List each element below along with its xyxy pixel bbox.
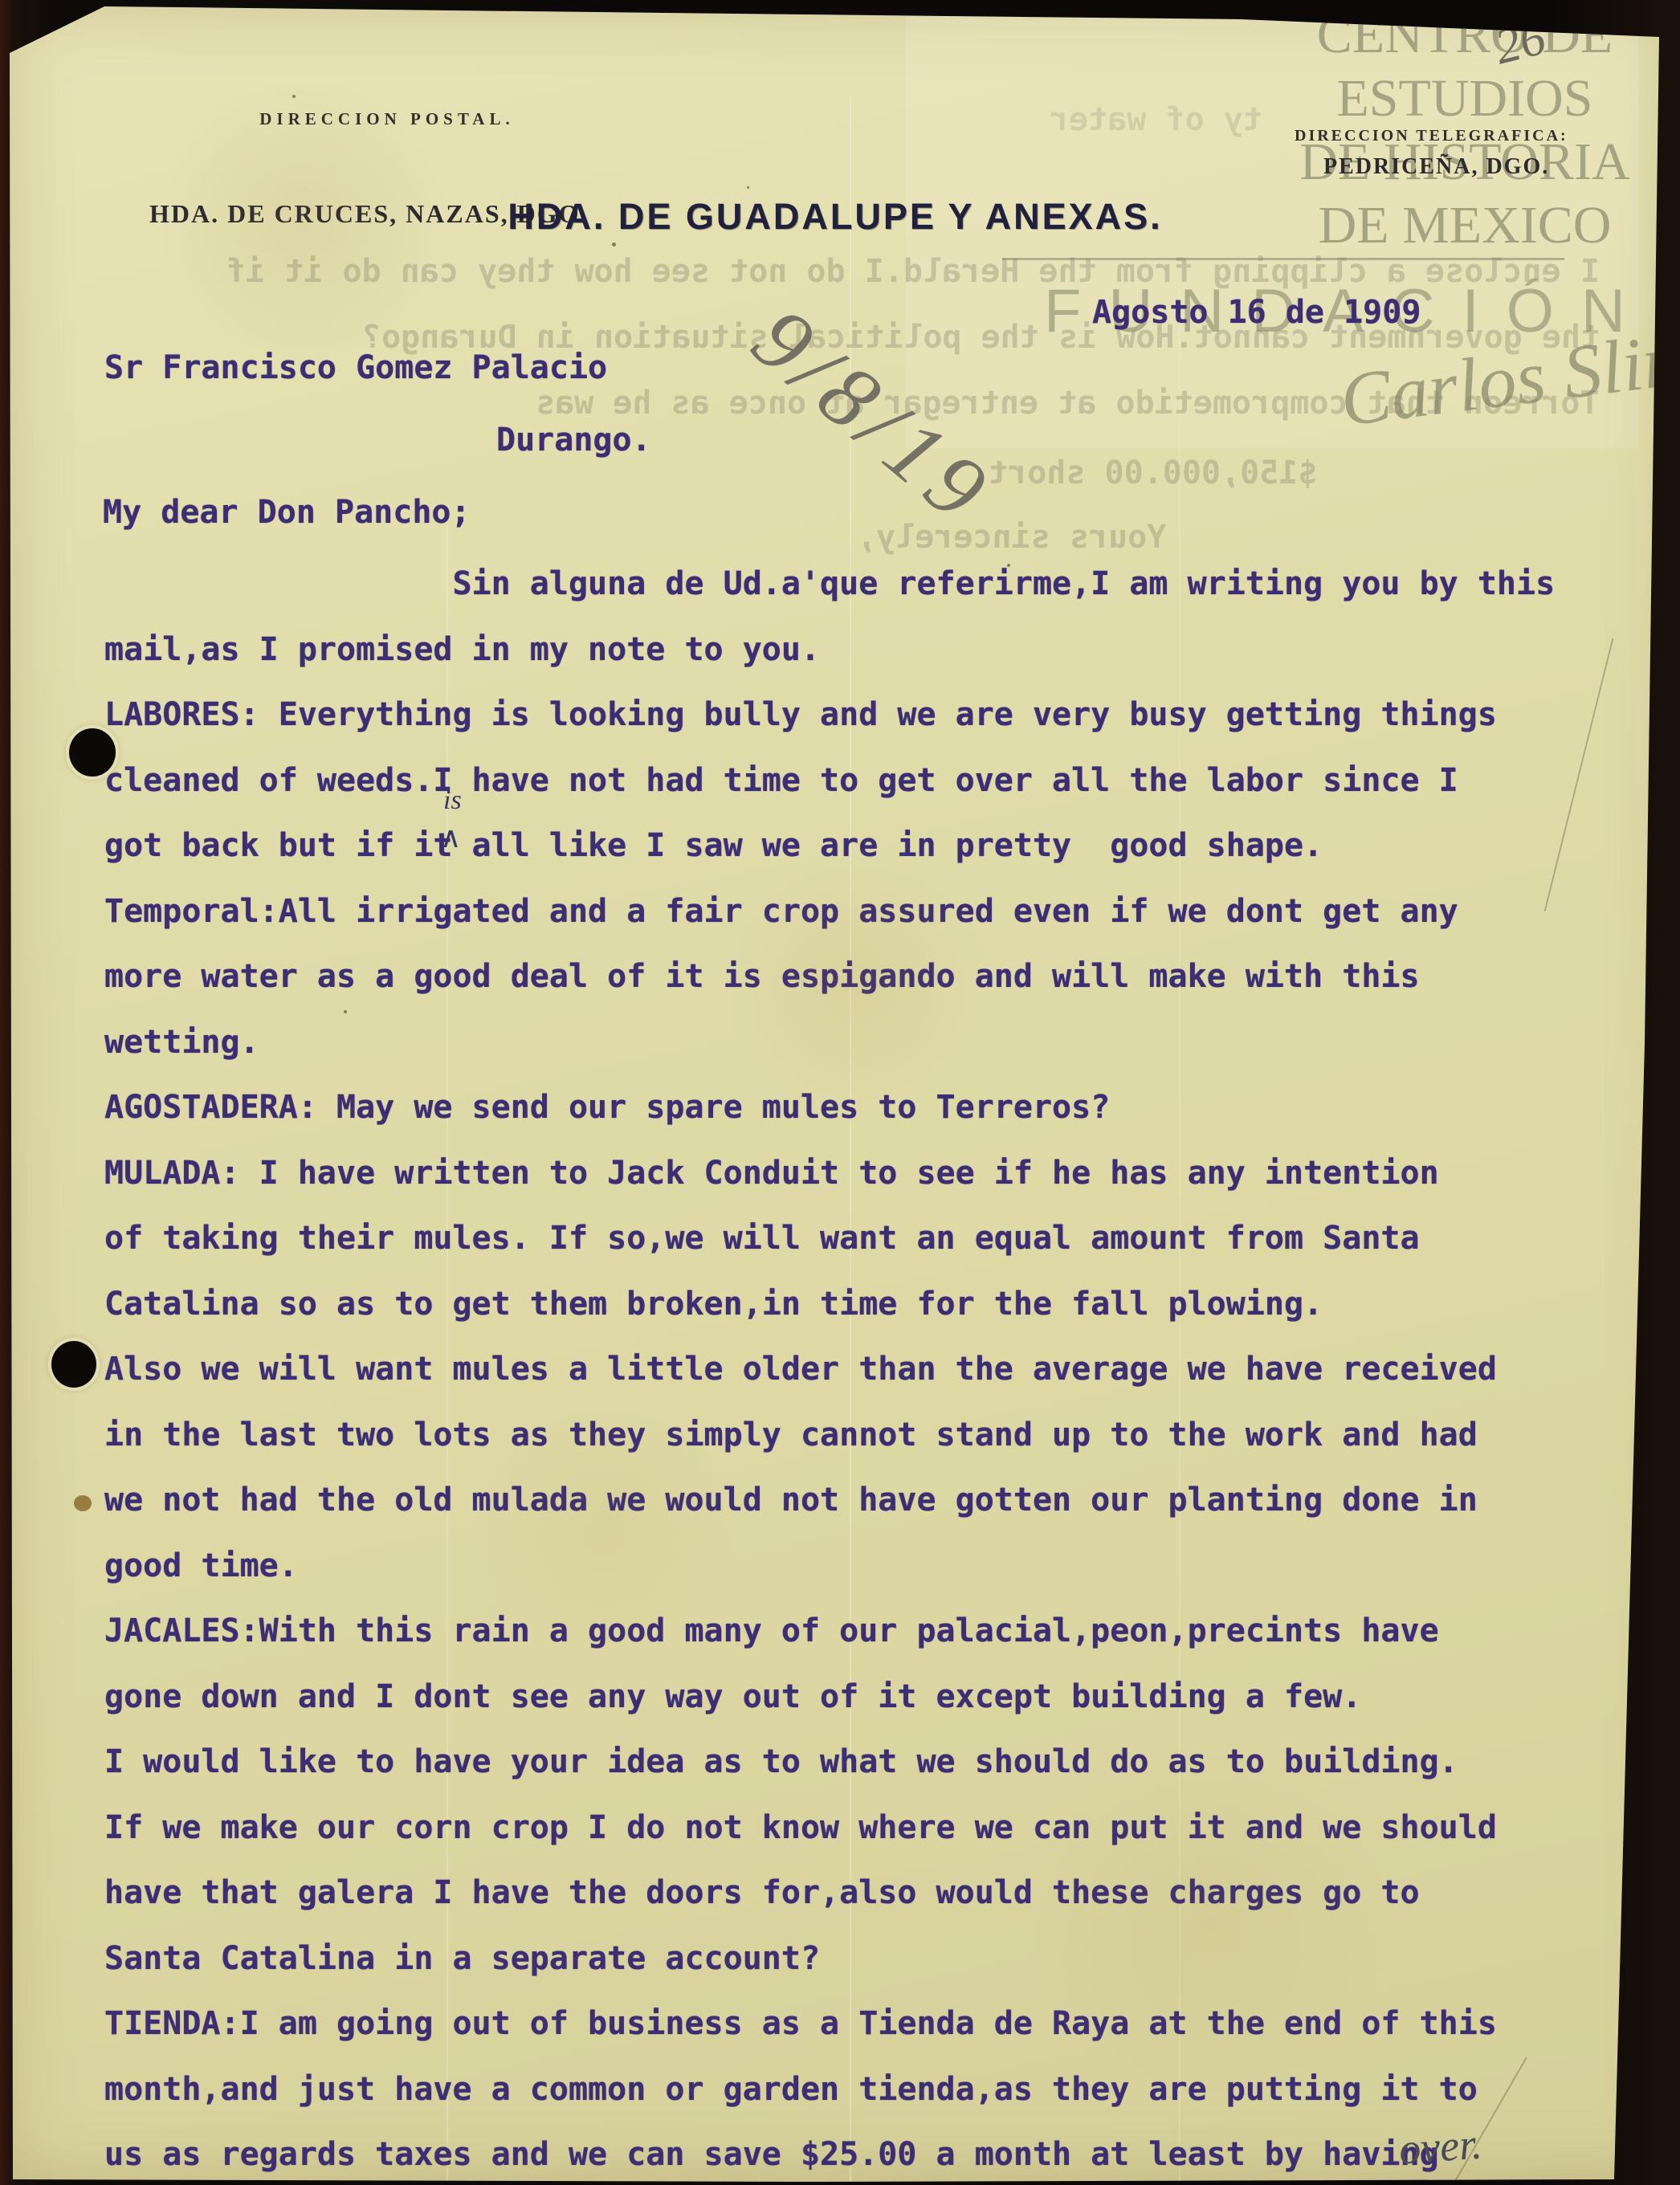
letter-body-line: Sin alguna de Ud.a'que referirme,I am wr… (104, 552, 1555, 618)
bleedthrough-line: Torreon that comprometido at entregar at… (536, 385, 1600, 422)
letter-body-line: Santa Catalina in a separate account? (104, 1926, 1555, 1992)
letter-body-line: us as regards taxes and we can save $25.… (104, 2122, 1555, 2185)
letter-body-line: LABORES: Everything is looking bully and… (104, 683, 1555, 748)
letterhead-postal-label: DIRECCION POSTAL. (210, 109, 564, 129)
letter-body-line: Catalina so as to get them broken,in tim… (104, 1272, 1555, 1338)
letter-date: Agosto 16 de 1909 (1092, 294, 1421, 331)
paper-speck (747, 186, 749, 189)
punch-hole (69, 728, 116, 777)
ink-stain (74, 1495, 92, 1511)
letter-body-line: mail,as I promised in my note to you. (104, 618, 1555, 683)
handwritten-over-note: over. (1397, 2118, 1484, 2174)
letter-body-line: in the last two lots as they simply cann… (104, 1403, 1555, 1469)
bleedthrough-line: Yours sincerely, (857, 519, 1166, 556)
handwritten-insert-word: is (443, 785, 462, 816)
letter-body: Sin alguna de Ud.a'que referirme,I am wr… (104, 552, 1555, 2185)
letter-body-line: TIENDA:I am going out of business as a T… (104, 1991, 1555, 2057)
letter-body-line: good time. (104, 1534, 1555, 1600)
paper-speck (612, 243, 616, 247)
letter-salutation: My dear Don Pancho; (103, 494, 471, 531)
letter-body-line: MULADA: I have written to Jack Conduit t… (104, 1141, 1555, 1207)
letterhead-telegraph-address: PEDRICEÑA, DGO. (1323, 154, 1549, 180)
bleedthrough-line: $150,000.00 short. (969, 455, 1317, 491)
paper-speck (292, 95, 296, 98)
letter-body-line: cleaned of weeds.I have not had time to … (104, 748, 1555, 814)
letter-body-line: Temporal:All irrigated and a fair crop a… (104, 879, 1555, 945)
letter-body-line: we not had the old mulada we would not h… (104, 1468, 1555, 1534)
bleedthrough-line: I enclose a clipping from the Herald.I d… (226, 253, 1600, 290)
letter-body-line: wetting. (104, 1010, 1555, 1076)
letter-body-line: of taking their mules. If so,we will wan… (104, 1206, 1555, 1272)
bleedthrough-line: ty of water (1050, 101, 1262, 138)
letter-body-line: AGOSTADERA: May we send our spare mules … (104, 1075, 1555, 1141)
insert-caret-mark: ∧ (440, 821, 461, 854)
letter-body-line: gone down and I dont see any way out of … (104, 1665, 1555, 1730)
letter-body-line: If we make our corn crop I do not know w… (104, 1796, 1555, 1861)
letter-body-line: got back but if it all like I saw we are… (104, 813, 1555, 879)
letter-paper: CENTRO DEESTUDIOSDE HISTORIADE MEXICO FU… (0, 0, 1680, 2185)
watermark-line: DE MEXICO (1283, 194, 1646, 257)
letter-recipient-city: Durango. (496, 422, 651, 459)
letter-body-line: JACALES:With this rain a good many of ou… (104, 1599, 1555, 1665)
letter-body-line: more water as a good deal of it is espig… (104, 944, 1555, 1010)
scanned-letter-page: CENTRO DEESTUDIOSDE HISTORIADE MEXICO FU… (0, 0, 1680, 2185)
letter-recipient: Sr Francisco Gomez Palacio (104, 349, 607, 386)
letter-body-line: Also we will want mules a little older t… (104, 1337, 1555, 1403)
letterhead-telegraph-label: DIRECCION TELEGRAFICA: (1295, 127, 1543, 145)
letterhead-title: HDA. DE GUADALUPE Y ANEXAS. (506, 196, 1164, 238)
letter-body-line: I would like to have your idea as to wha… (104, 1730, 1555, 1796)
punch-hole (51, 1341, 96, 1388)
letter-body-line: have that galera I have the doors for,al… (104, 1861, 1555, 1926)
watermark-line: ESTUDIOS (1283, 67, 1646, 130)
letter-body-line: month,and just have a common or garden t… (104, 2057, 1555, 2123)
